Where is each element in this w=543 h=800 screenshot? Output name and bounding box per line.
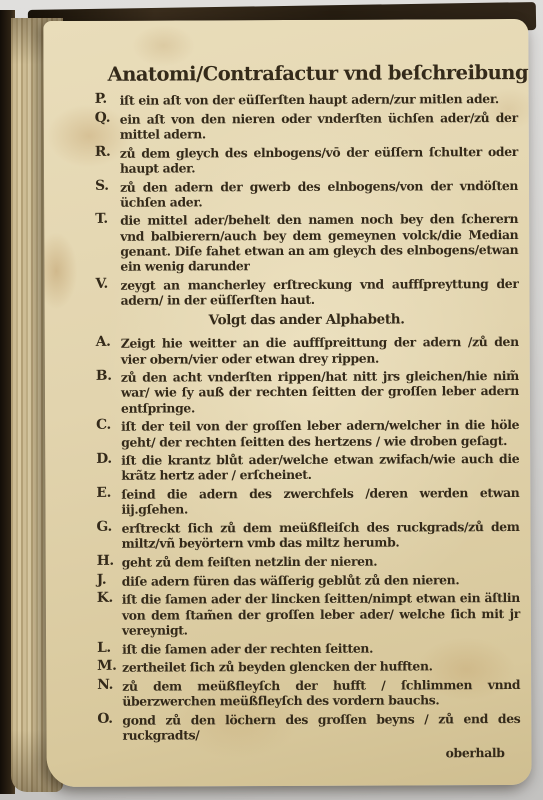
entry-row: M.zertheilet ſich zů beyden glencken der… — [96, 658, 520, 675]
entry-row: A.Zeigt hie weitter an die auffſpreittun… — [95, 334, 519, 366]
entry-letter-label: T. — [95, 212, 108, 227]
entry-letter-label: V. — [95, 277, 107, 292]
entry-letter-label: S. — [95, 178, 109, 193]
entry-text: ſeind die adern des zwerchfels /deren we… — [121, 485, 519, 517]
entry-text: iſt die krantz blůt ader/welche etwan zw… — [121, 451, 519, 483]
entry-text: zů den adern der gwerb des elnbogens/von… — [120, 178, 518, 210]
entry-text: iſt die ſamen ader der rechten ſeitten. — [122, 640, 373, 656]
entry-letter-label: K. — [97, 591, 113, 606]
entry-text: Zeigt hie weitter an die auffſpreittung … — [121, 334, 519, 366]
entry-row: J.diſe adern füren das wäſſerig geblůt z… — [96, 572, 520, 589]
entry-text: erſtreckt ſich zů dem meüßfleiſch des ru… — [122, 519, 520, 551]
entry-text: diſe adern füren das wäſſerig geblůt zů … — [122, 572, 460, 588]
entry-letter-label: R. — [95, 144, 111, 159]
entry-text: zů den acht vnderſten rippen/hat nitt jr… — [121, 368, 519, 415]
entry-row: D.iſt die krantz blůt ader/welche etwan … — [95, 451, 519, 483]
entry-letter-label: B. — [96, 369, 112, 384]
entry-text: die mittel ader/behelt den namen noch be… — [120, 211, 518, 273]
entry-row: E.ſeind die adern des zwerchfels /deren … — [95, 485, 519, 517]
entry-text: iſt ein aſt von der eüſſerſten haupt ade… — [120, 91, 499, 108]
entry-letter-label: J. — [97, 572, 107, 587]
entry-letter-label: O. — [97, 712, 112, 727]
entry-text: zeygt an mancherley erſtreckung vnd auff… — [120, 276, 518, 308]
entry-row: B.zů den acht vnderſten rippen/hat nitt … — [95, 368, 519, 415]
entry-row: S.zů den adern der gwerb des elnbogens/v… — [94, 178, 518, 210]
entry-letter-label: P. — [95, 92, 107, 107]
entry-row: H.geht zů dem feiſten netzlin der nieren… — [96, 553, 520, 570]
entry-text: zů dem gleych des elnbogens/vō der eüſſe… — [120, 144, 518, 176]
catchword: oberhalb — [96, 745, 520, 762]
entry-row: T.die mittel ader/behelt den namen noch … — [94, 211, 518, 274]
entry-text: zertheilet ſich zů beyden glencken der h… — [122, 659, 432, 675]
entry-letter-label: D. — [96, 452, 112, 467]
entry-row: O.gond zů den löchern des groſſen beyns … — [96, 711, 520, 743]
entry-row: N.zů dem meüßfleyſch der hufft / ſchlimm… — [96, 677, 520, 709]
entry-row: G.erſtreckt ſich zů dem meüßfleiſch des … — [96, 519, 520, 551]
entry-letter-label: G. — [97, 520, 112, 535]
section-subheading: Volgt das ander Alphabeth. — [95, 312, 519, 329]
entry-text: iſt die ſamen ader der lincken ſeitten/n… — [122, 590, 520, 637]
entry-text: gond zů den löchern des groſſen beyns / … — [122, 711, 520, 743]
entry-letter-label: H. — [97, 554, 114, 569]
printed-text-block: Anatomi/Contrafactur vnd beſchreibung P.… — [94, 61, 521, 762]
entry-text: ein aſt von den nieren oder vnderſten üc… — [120, 110, 518, 142]
entry-text: zů dem meüßfleyſch der hufft / ſchlimmen… — [122, 677, 520, 709]
entry-row: K.iſt die ſamen ader der lincken ſeitten… — [96, 590, 520, 637]
entry-letter-label: E. — [96, 486, 111, 501]
page-heading: Anatomi/Contrafactur vnd beſchreibung — [108, 61, 518, 86]
entry-text: geht zů dem feiſten netzlin der nieren. — [122, 554, 378, 570]
book-page: Anatomi/Contrafactur vnd beſchreibung P.… — [43, 19, 531, 787]
entries-first-alphabet: P.iſt ein aſt von der eüſſerſten haupt a… — [94, 91, 519, 308]
entry-row: V.zeygt an mancherley erſtreckung vnd au… — [94, 276, 518, 308]
entry-row: L.iſt die ſamen ader der rechten ſeitten… — [96, 639, 520, 656]
entry-row: Q.ein aſt von den nieren oder vnderſten … — [94, 110, 518, 142]
entries-second-alphabet: A.Zeigt hie weitter an die auffſpreittun… — [95, 334, 521, 743]
entry-row: C.iſt der teil von der groſſen leber ade… — [95, 417, 519, 449]
entry-letter-label: M. — [97, 659, 116, 674]
entry-letter-label: A. — [96, 335, 111, 350]
entry-letter-label: L. — [97, 640, 111, 655]
entry-letter-label: Q. — [95, 110, 111, 125]
entry-text: iſt der teil von der groſſen leber adern… — [121, 417, 519, 449]
entry-letter-label: N. — [97, 678, 113, 693]
book-photo-scene: Anatomi/Contrafactur vnd beſchreibung P.… — [0, 0, 543, 800]
entry-row: P.iſt ein aſt von der eüſſerſten haupt a… — [94, 91, 518, 108]
entry-row: R.zů dem gleych des elnbogens/vō der eüſ… — [94, 144, 518, 176]
entry-letter-label: C. — [96, 418, 111, 433]
